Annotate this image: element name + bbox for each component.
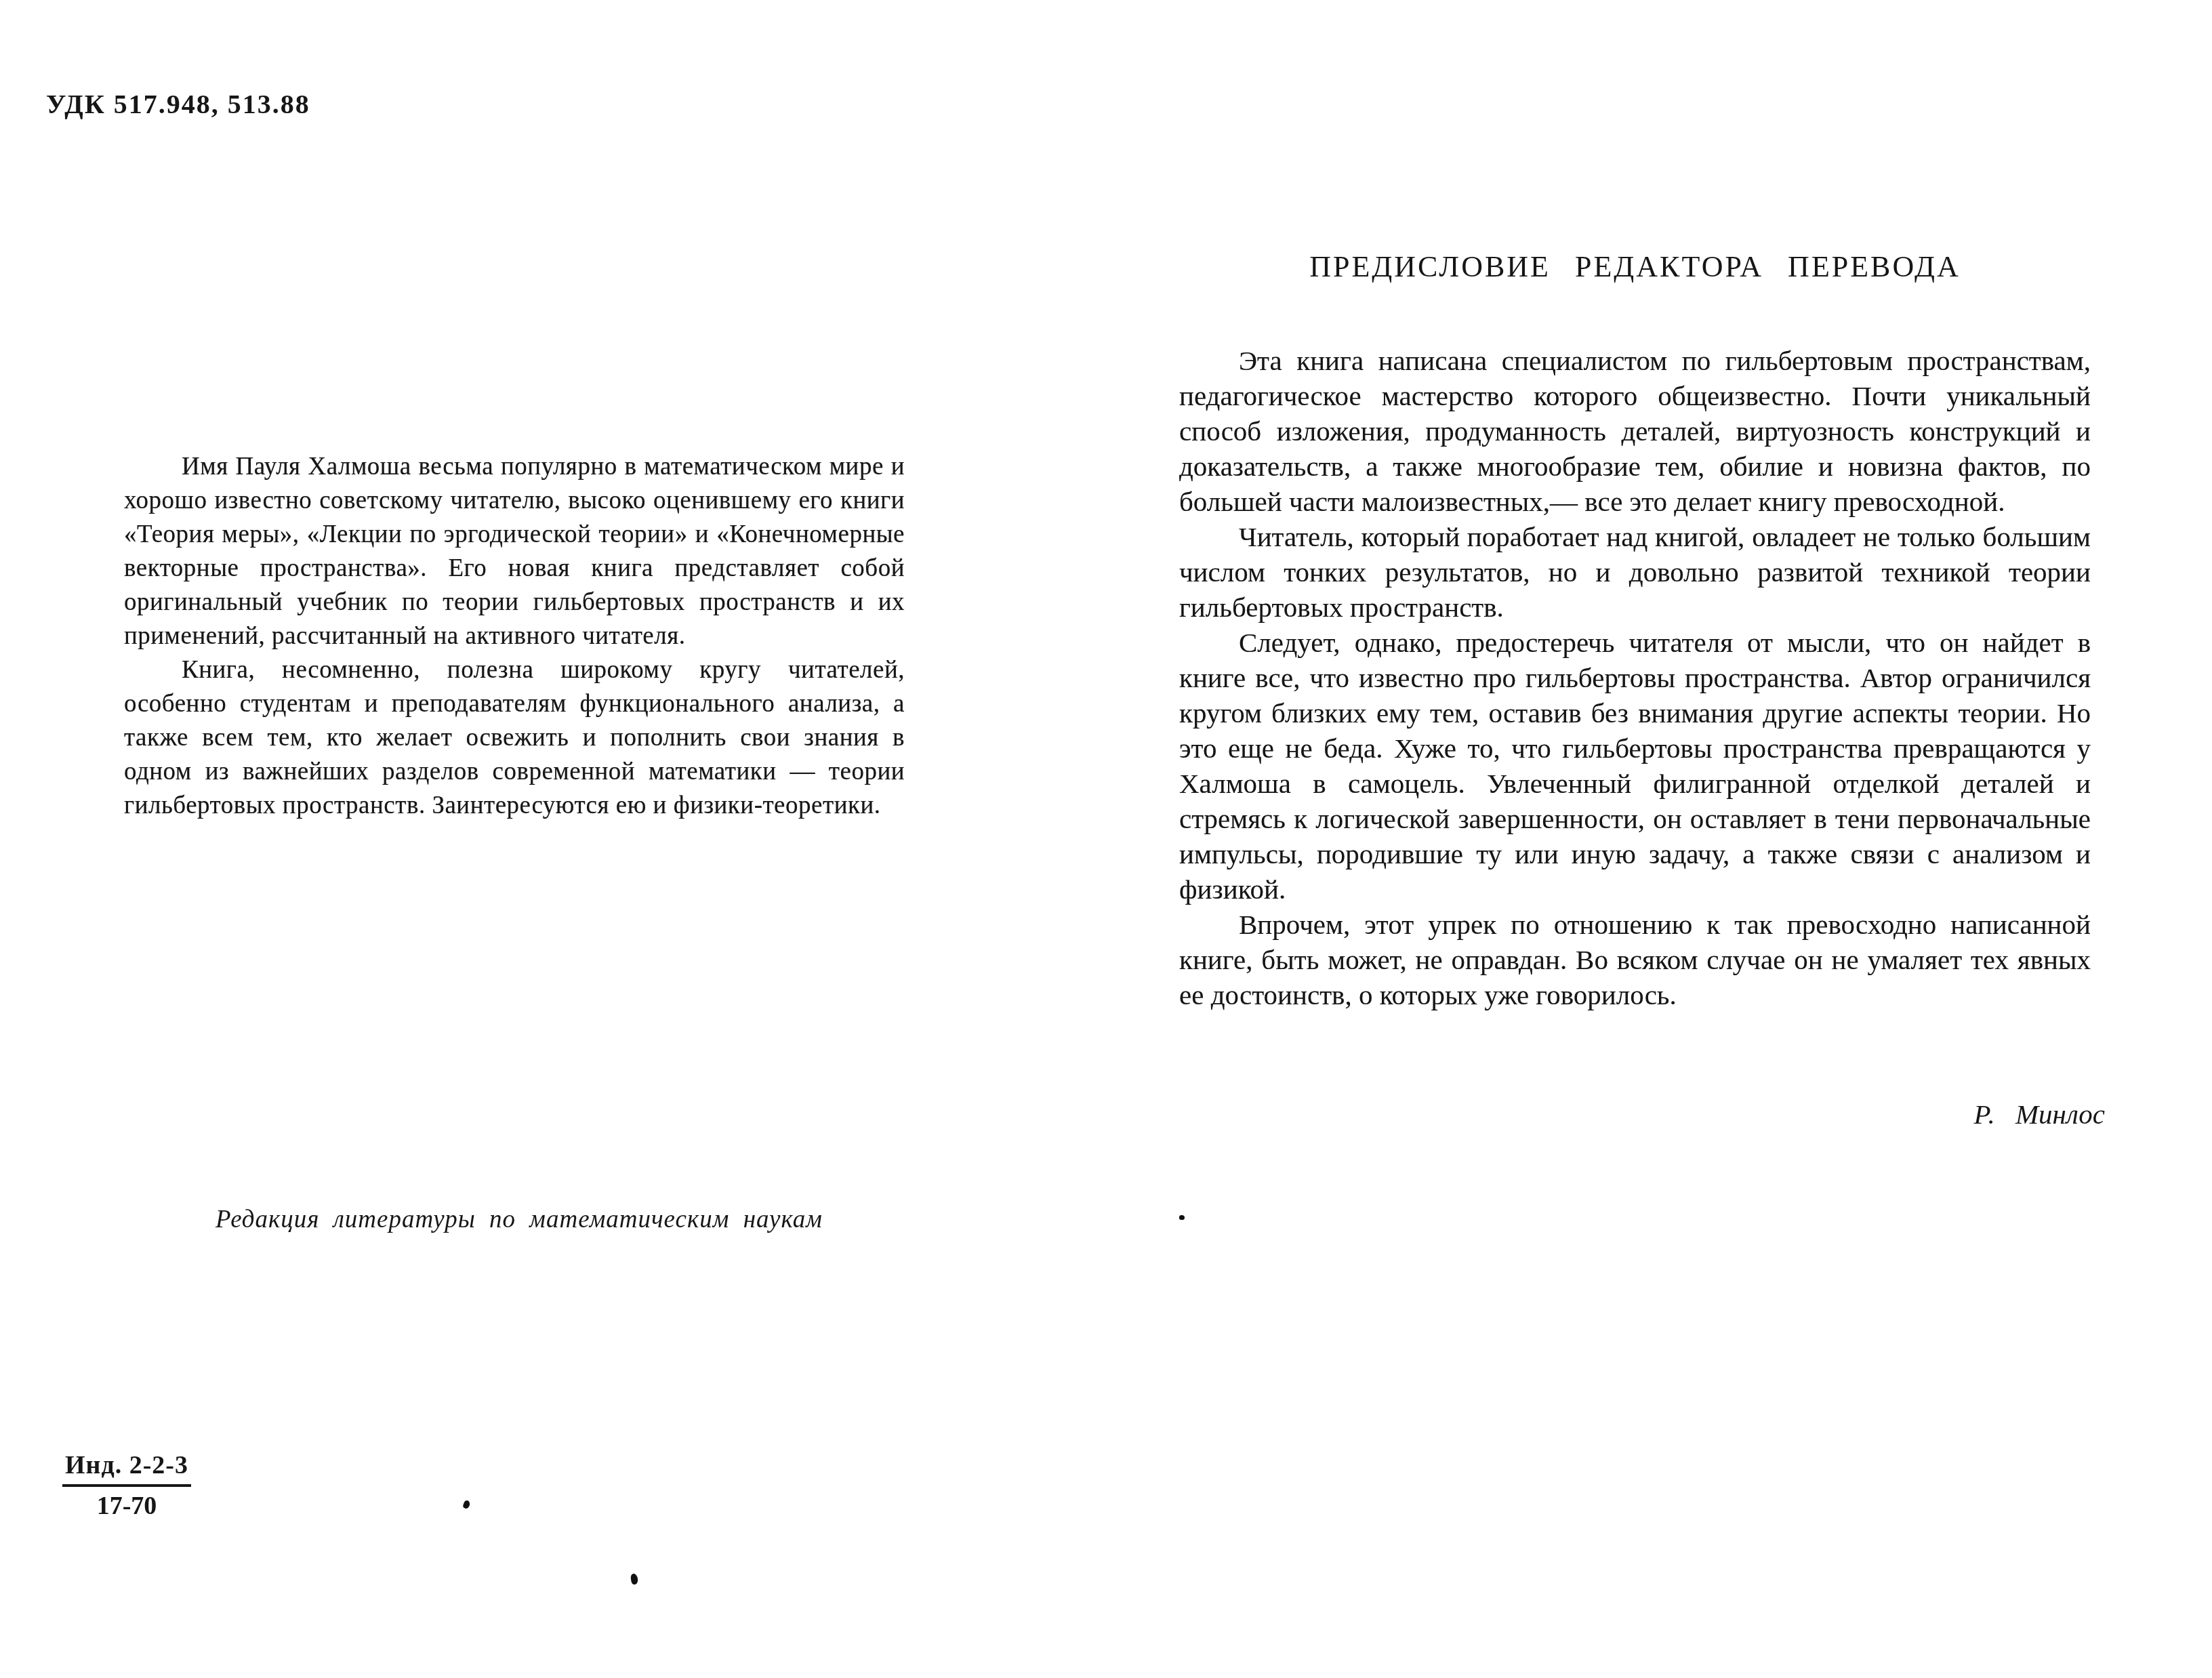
preface-paragraph-3: Следует, однако, предостеречь читателя о… <box>1179 625 2091 907</box>
editorial-line: Редакция литературы по математическим на… <box>216 1205 823 1234</box>
preface-text-block: Эта книга написана специалистом по гильб… <box>1179 343 2091 1012</box>
annotation-paragraph-1: Имя Пауля Халмоша весьма популярно в мат… <box>124 450 905 653</box>
annotation-paragraph-2: Книга, несомненно, полезна широкому круг… <box>124 653 905 823</box>
preface-paragraph-1: Эта книга написана специалистом по гильб… <box>1179 343 2091 519</box>
annotation-text-block: Имя Пауля Халмоша весьма популярно в мат… <box>124 450 905 823</box>
udk-classification: УДК 517.948, 513.88 <box>46 88 310 120</box>
editor-signature: Р. Минлос <box>1973 1098 2105 1130</box>
index-code: Инд. 2-2-3 17-70 <box>62 1450 191 1521</box>
ink-speck <box>1179 1215 1185 1220</box>
book-spread: УДК 517.948, 513.88 Имя Пауля Халмоша ве… <box>0 0 2212 1678</box>
index-code-denominator: 17-70 <box>62 1487 191 1521</box>
preface-paragraph-4: Впрочем, этот упрек по отношению к так п… <box>1179 907 2091 1012</box>
preface-title: ПРЕДИСЛОВИЕ РЕДАКТОРА ПЕРЕВОДА <box>1179 249 2091 284</box>
index-code-numerator: Инд. 2-2-3 <box>62 1450 191 1487</box>
page-right: ПРЕДИСЛОВИЕ РЕДАКТОРА ПЕРЕВОДА Эта книга… <box>1106 0 2212 1678</box>
preface-paragraph-2: Читатель, который поработает над книгой,… <box>1179 519 2091 625</box>
page-left: УДК 517.948, 513.88 Имя Пауля Халмоша ве… <box>0 0 1106 1678</box>
